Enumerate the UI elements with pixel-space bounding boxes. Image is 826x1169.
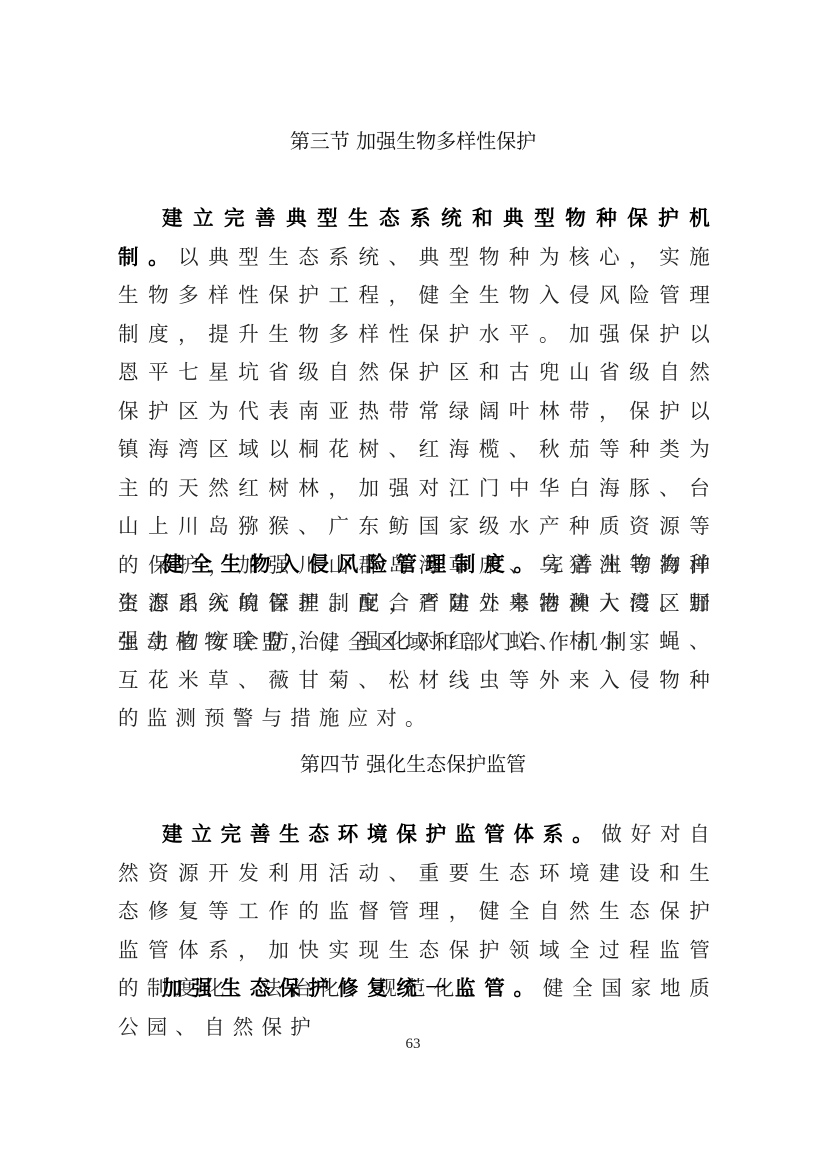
- page-number: 63: [0, 1036, 826, 1053]
- paragraph: 健全生物入侵风险管理制度。完善生物物种资源出入境管理制度，严防外来物种入侵。加强…: [118, 545, 718, 738]
- paragraph-body: 完善生物物种资源出入境管理制度，严防外来物种入侵。加强生物安全防治，强化对红火蚁…: [118, 552, 718, 730]
- paragraph-lead: 建立完善生态环境保护监管体系。: [162, 822, 601, 846]
- paragraph: 加强生态保护修复统一监管。健全国家地质公园、自然保护: [118, 969, 718, 1046]
- section-heading: 第四节 强化生态保护监管: [0, 748, 826, 777]
- paragraph-lead: 加强生态保护修复统一监管。: [162, 976, 543, 1000]
- paragraph-lead: 健全生物入侵风险管理制度。: [162, 552, 543, 576]
- section-heading: 第三节 加强生物多样性保护: [0, 125, 826, 154]
- document-page: 第三节 加强生物多样性保护 建立完善典型生态系统和典型物种保护机制。以典型生态系…: [0, 0, 826, 1169]
